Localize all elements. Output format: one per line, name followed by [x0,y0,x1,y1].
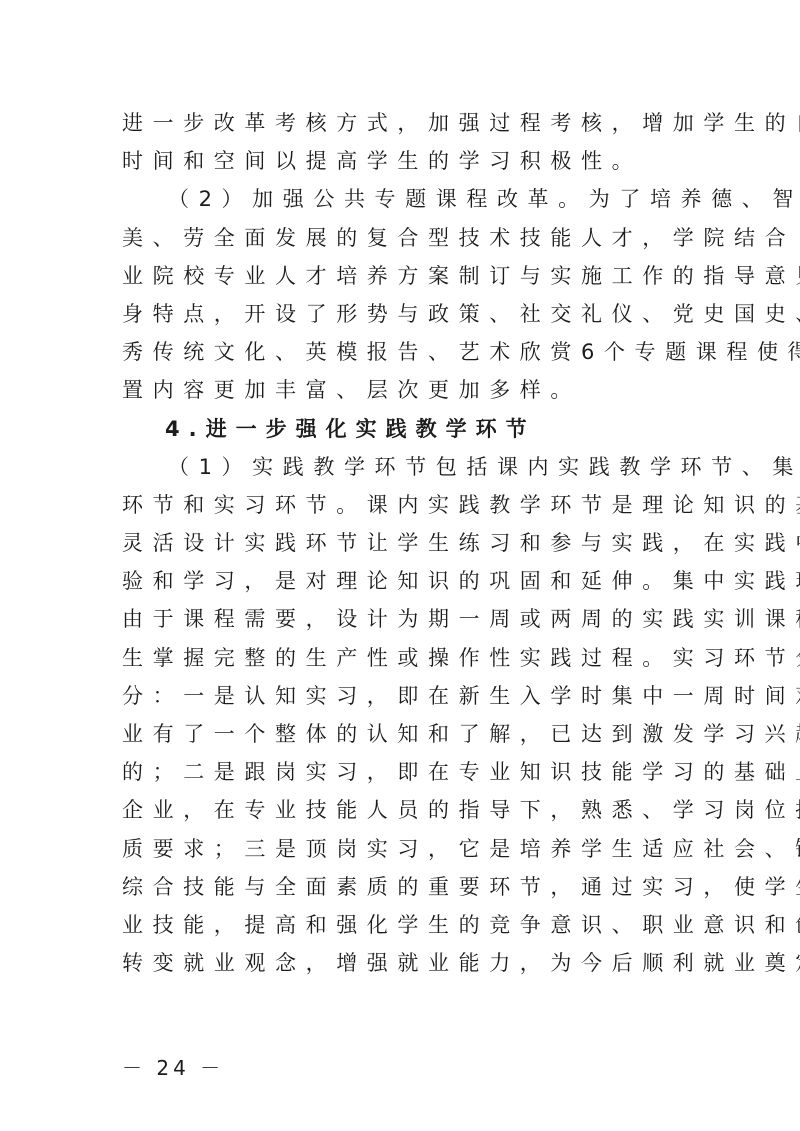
paragraph-line-indented: （2）加强公共专题课程改革。为了培养德、智、体、 [122,180,692,218]
paragraph-line: 环节和实习环节。课内实践教学环节是理论知识的基础上， [122,486,692,524]
paragraph-line: 时间和空间以提高学生的学习积极性。 [122,142,692,180]
paragraph-line: 转变就业观念，增强就业能力，为今后顺利就业奠定良好的 [122,944,692,982]
paragraph-line: 置内容更加丰富、层次更加多样。 [122,371,692,409]
paragraph-line: 业有了一个整体的认知和了解，已达到激发学习兴趣的目 [122,715,692,753]
paragraph-line: 进一步改革考核方式，加强过程考核，增加学生的自主学习 [122,104,692,142]
paragraph-line: 的；二是跟岗实习，即在专业知识技能学习的基础上，进入 [122,753,692,791]
paragraph-line: 分：一是认知实习，即在新生入学时集中一周时间对所学专 [122,677,692,715]
paragraph-line-indented: （1）实践教学环节包括课内实践教学环节、集中实践 [122,448,692,486]
paragraph-line: 质要求；三是顶岗实习，它是培养学生适应社会、锻炼学生 [122,830,692,868]
paragraph-line: 灵活设计实践环节让学生练习和参与实践，在实践中不断体 [122,524,692,562]
paragraph-line: 生掌握完整的生产性或操作性实践过程。实习环节分为三部 [122,639,692,677]
paragraph-line: 身特点，开设了形势与政策、社交礼仪、党史国史、中华优 [122,295,692,333]
section-heading: 4.进一步强化实践教学环节 [122,410,692,448]
body-text: 进一步改革考核方式，加强过程考核，增加学生的自主学习 时间和空间以提高学生的学习… [122,104,692,982]
paragraph-line: 业院校专业人才培养方案制订与实施工作的指导意见》和自 [122,257,692,295]
document-page: 进一步改革考核方式，加强过程考核，增加学生的自主学习 时间和空间以提高学生的学习… [0,0,800,1131]
paragraph-line: 企业，在专业技能人员的指导下，熟悉、学习岗位技能和素 [122,791,692,829]
paragraph-line: 验和学习，是对理论知识的巩固和延伸。集中实践环节是指 [122,562,692,600]
paragraph-line: 由于课程需要，设计为期一周或两周的实践实训课程，让学 [122,600,692,638]
paragraph-line: 秀传统文化、英模报告、艺术欣赏6个专题课程使得课程设 [122,333,692,371]
paragraph-line: 综合技能与全面素质的重要环节，通过实习，使学生掌握专 [122,868,692,906]
page-number: － 24 － [122,1052,224,1081]
paragraph-line: 业技能，提高和强化学生的竞争意识、职业意识和创业意识， [122,906,692,944]
paragraph-line: 美、劳全面发展的复合型技术技能人才，学院结合《关于职 [122,219,692,257]
